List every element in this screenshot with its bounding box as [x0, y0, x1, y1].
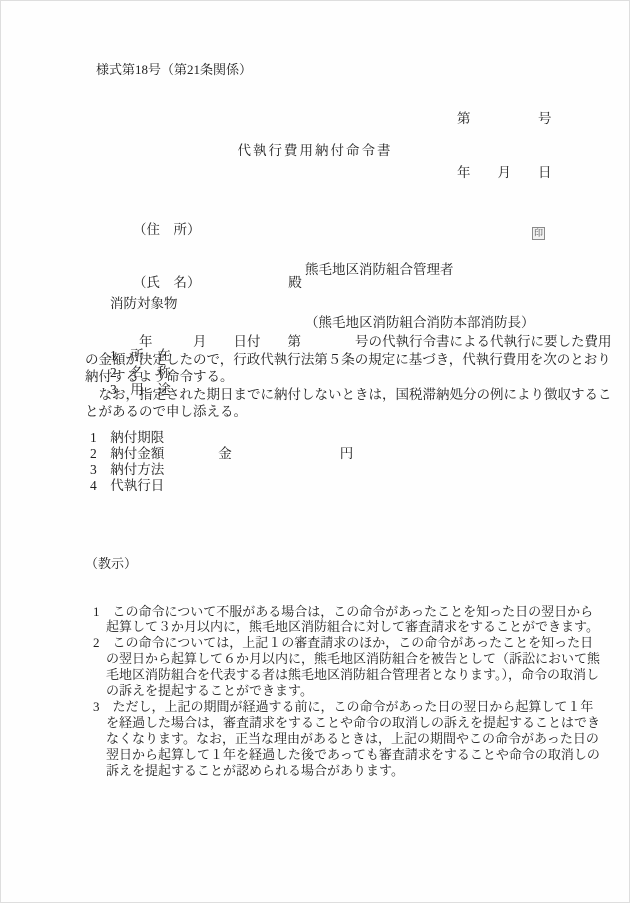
order-body-line: なお，指定された期日までに納付しないときは，国税滞納処分の例により徴収するこ [85, 386, 612, 404]
document-date-line: 年 月 日 [457, 164, 552, 182]
instruction-line: 起算して３か月以内に，熊毛地区消防組合に対して審査請求をすることができます。 [93, 619, 600, 635]
order-body-line: 納付するよう命令する。 [85, 368, 612, 386]
order-body-line: の金額が決定したので，行政代執行法第５条の規定に基づき，代執行費用を次のとおり [85, 351, 612, 369]
instruction-line: なくなります。なお，正当な理由があるときは，上記の期間やこの命令があった日の [93, 731, 600, 747]
instruction-line: 1 この命令について不服がある場合は，この命令があったことを知った日の翌日から [93, 604, 600, 620]
document-page: 様式第18号（第21条関係） 第 号 年 月 日 代執行費用納付命令書 （住 所… [0, 0, 630, 903]
instruction-line: の訴えを提起することができます。 [93, 683, 600, 699]
instruction-line: 翌日から起算して１年を経過した後であっても審査請求をすることや命令の取消しの [93, 747, 600, 763]
issuer-subtitle: （熊毛地区消防組合消防本部消防長） [305, 314, 535, 332]
payment-item: 1 納付期限 [90, 430, 353, 446]
instruction-line: 3 ただし，上記の期間が経過する前に，この命令があった日の翌日から起算して１年 [93, 699, 600, 715]
seal-mark: 印 [532, 227, 545, 240]
form-number: 様式第18号（第21条関係） [96, 59, 252, 78]
instruction-line: 訴えを提起することが認められる場合があります。 [93, 763, 600, 779]
instructions-lines: 1 この命令について不服がある場合は，この命令があったことを知った日の翌日から … [85, 604, 600, 779]
document-title: 代執行費用納付命令書 [0, 139, 630, 159]
instructions-block: （教示） 1 この命令について不服がある場合は，この命令があったことを知った日の… [85, 524, 600, 810]
payment-item: 4 代執行日 [90, 478, 353, 494]
order-body-line: とがあるので申し添える。 [85, 403, 612, 421]
addressee-address-label: （住 所） [133, 221, 302, 239]
payment-item: 2 納付金額 金 円 [90, 446, 353, 462]
payment-item: 3 納付方法 [90, 462, 353, 478]
instruction-line: の翌日から起算して６か月以内に，熊毛地区消防組合を被告として（訴訟において熊 [93, 651, 600, 667]
instructions-heading: （教示） [85, 556, 600, 572]
instruction-line: 毛地区消防組合を代表する者は熊毛地区消防組合管理者となります。），命令の取消し [93, 667, 600, 683]
property-heading: 消防対象物 [110, 295, 178, 312]
order-body-line: 年 月 日付 第 号の代執行令書による代執行に要した費用 [85, 333, 612, 351]
instruction-line: を経過した場合は，審査請求をすることや命令の取消しの訴えを提起することはでき [93, 715, 600, 731]
issuer-name: 熊毛地区消防組合管理者 [305, 261, 535, 279]
instruction-line: 2 この命令については，上記１の審査請求のほか，この命令があったことを知った日 [93, 635, 600, 651]
document-number-line: 第 号 [457, 110, 552, 128]
payment-list: 1 納付期限2 納付金額 金 円3 納付方法4 代執行日 [90, 430, 353, 494]
order-body: 年 月 日付 第 号の代執行令書による代執行に要した費用の金額が決定したので，行… [85, 333, 612, 421]
